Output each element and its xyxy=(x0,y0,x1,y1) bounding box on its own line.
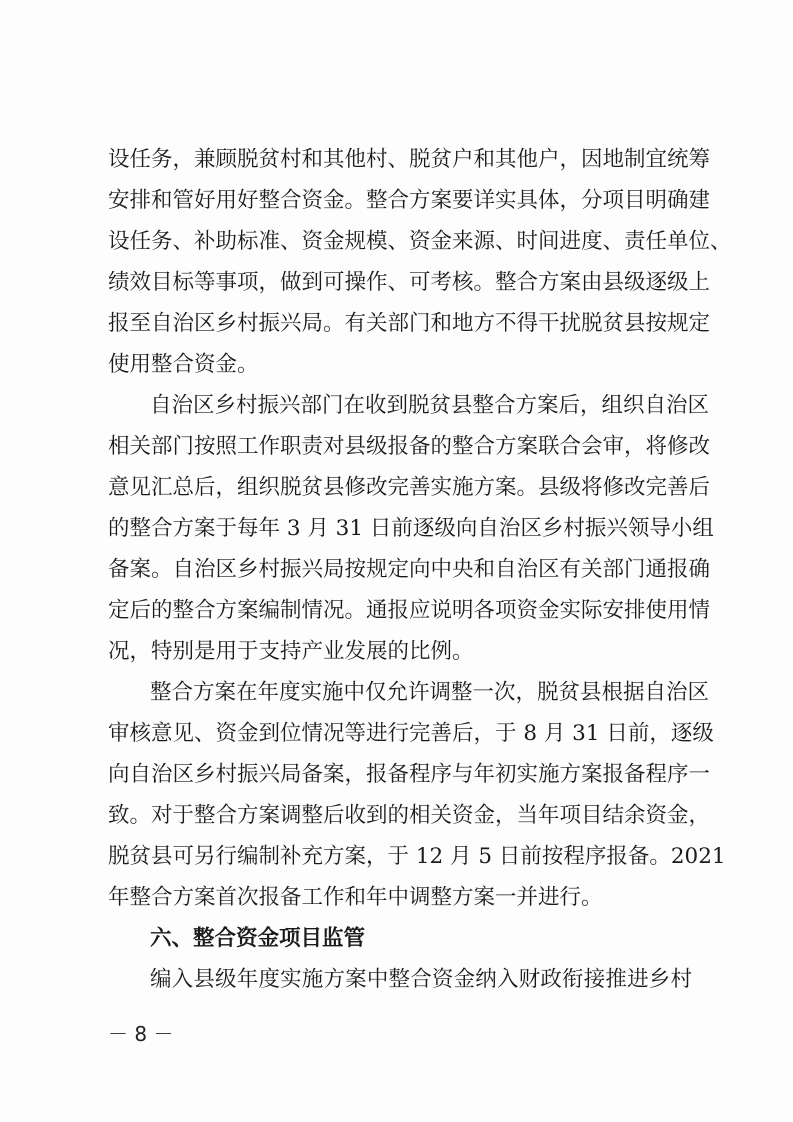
text-line: 年整合方案首次报备工作和年中调整方案一并进行。 xyxy=(108,883,692,913)
text-line: 的整合方案于每年 3 月 31 日前逐级向自治区乡村振兴领导小组 xyxy=(108,514,692,544)
text-line: 审核意见、资金到位情况等进行完善后，于 8 月 31 日前，逐级 xyxy=(108,719,692,749)
text-line: 致。对于整合方案调整后收到的相关资金，当年项目结余资金， xyxy=(108,801,692,831)
text-line: 编入县级年度实施方案中整合资金纳入财政衔接推进乡村 xyxy=(150,965,692,995)
text-line: 脱贫县可另行编制补充方案，于 12 月 5 日前按程序报备。2021 xyxy=(108,842,692,872)
text-line: 定后的整合方案编制情况。通报应说明各项资金实际安排使用情 xyxy=(108,596,692,626)
text-line: 整合方案在年度实施中仅允许调整一次，脱贫县根据自治区 xyxy=(150,678,692,708)
text-line: 设任务、补助标准、资金规模、资金来源、时间进度、责任单位、 xyxy=(108,227,692,257)
document-page: 设任务，兼顾脱贫村和其他村、脱贫户和其他户，因地制宜统筹 安排和管好用好整合资金… xyxy=(0,0,793,1122)
page-number: － 8 － xyxy=(108,1021,173,1047)
text-line: 向自治区乡村振兴局备案，报备程序与年初实施方案报备程序一 xyxy=(108,760,692,790)
text-line: 安排和管好用好整合资金。整合方案要详实具体，分项目明确建 xyxy=(108,186,692,216)
text-line: 况，特别是用于支持产业发展的比例。 xyxy=(108,637,692,667)
text-line: 使用整合资金。 xyxy=(108,350,692,380)
text-line: 意见汇总后，组织脱贫县修改完善实施方案。县级将修改完善后 xyxy=(108,473,692,503)
text-line: 设任务，兼顾脱贫村和其他村、脱贫户和其他户，因地制宜统筹 xyxy=(108,145,692,175)
text-line: 备案。自治区乡村振兴局按规定向中央和自治区有关部门通报确 xyxy=(108,555,692,585)
section-heading: 六、整合资金项目监管 xyxy=(150,924,692,954)
text-line: 相关部门按照工作职责对县级报备的整合方案联合会审，将修改 xyxy=(108,432,692,462)
text-line: 报至自治区乡村振兴局。有关部门和地方不得干扰脱贫县按规定 xyxy=(108,309,692,339)
text-line: 绩效目标等事项，做到可操作、可考核。整合方案由县级逐级上 xyxy=(108,268,692,298)
text-line: 自治区乡村振兴部门在收到脱贫县整合方案后，组织自治区 xyxy=(150,391,692,421)
